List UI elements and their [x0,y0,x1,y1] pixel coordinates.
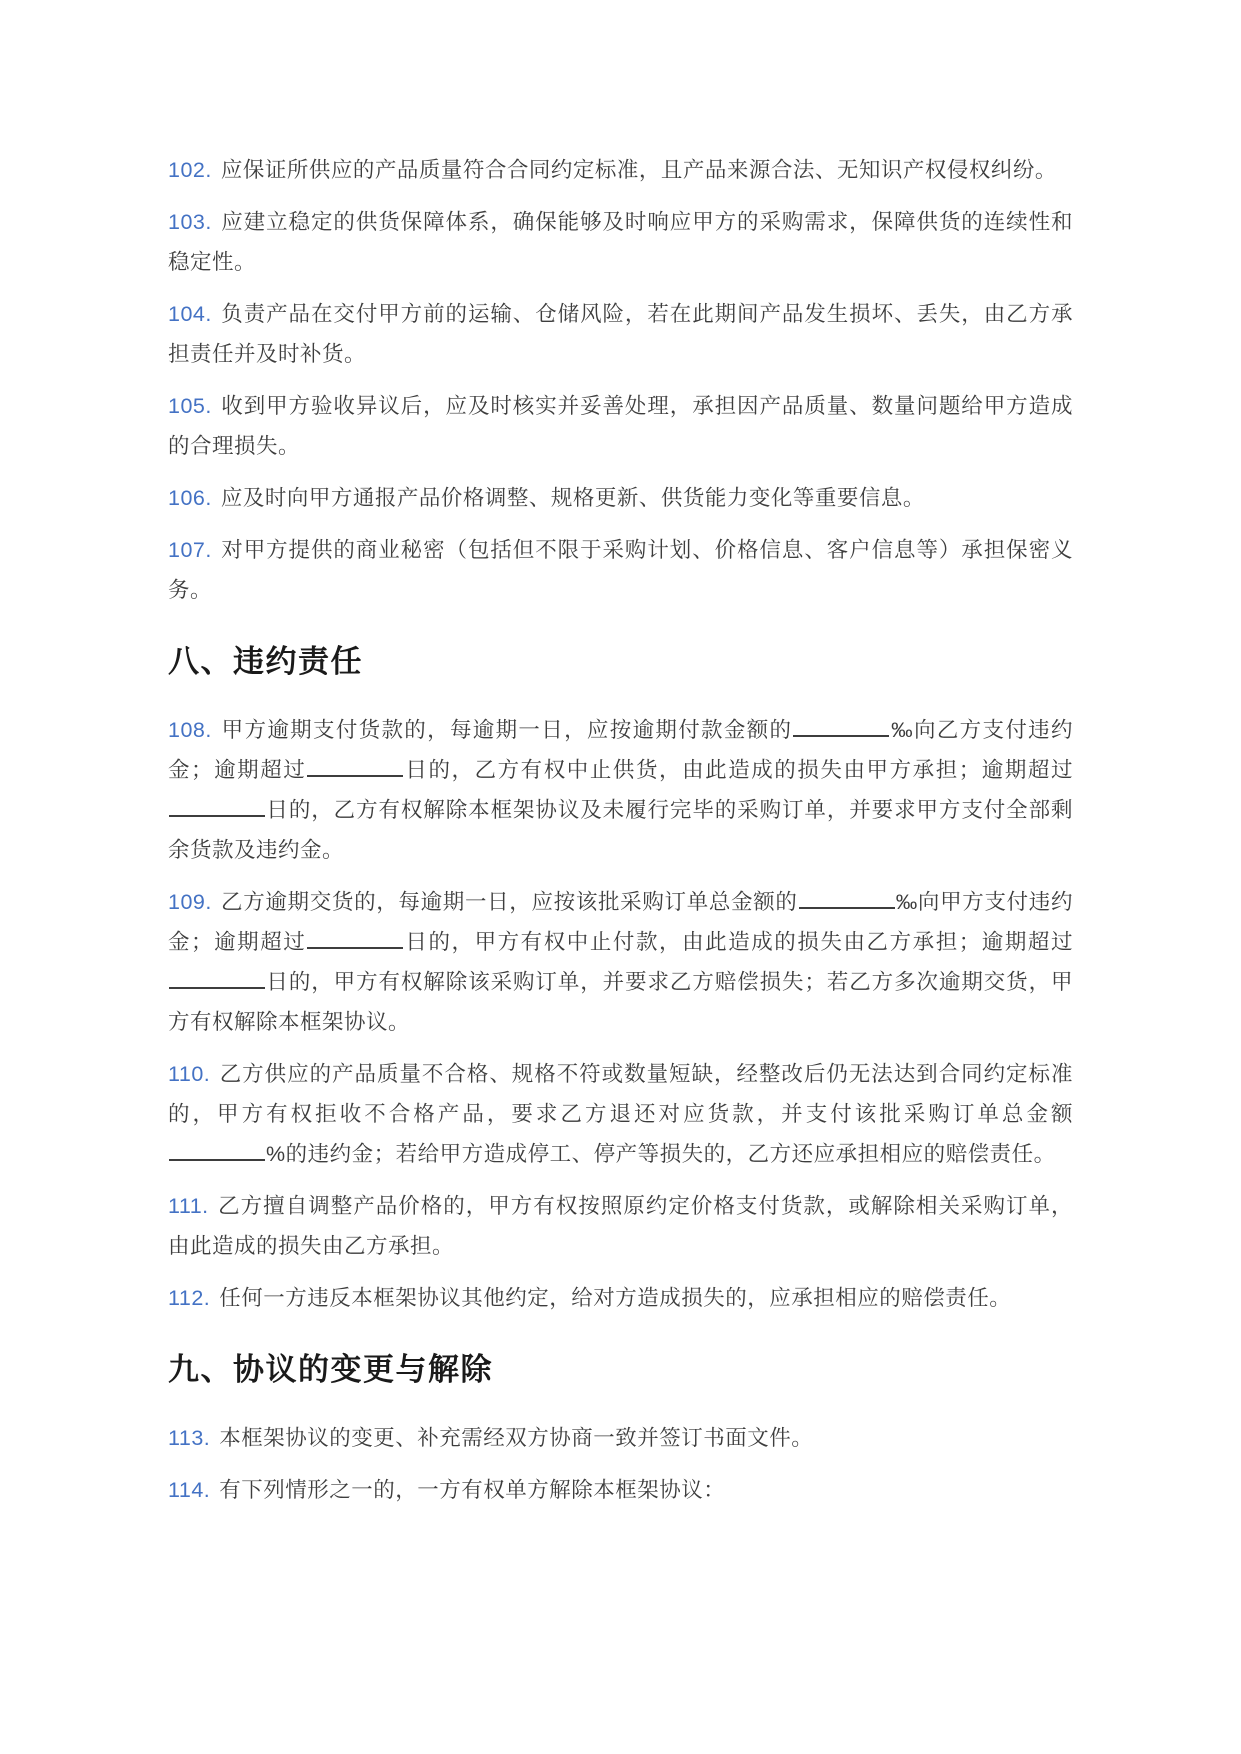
fill-in-blank [307,931,403,949]
section-heading-modification-termination: 九、协议的变更与解除 [168,1348,1073,1392]
clause-text: 本框架协议的变更、补充需经双方协商一致并签订书面文件。 [219,1426,813,1450]
clause-text: 收到甲方验收异议后，应及时核实并妥善处理，承担因产品质量、数量问题给甲方造成的合… [168,394,1073,458]
clause-number: 107. [168,538,212,562]
clause-text: 乙方擅自调整产品价格的，甲方有权按照原约定价格支付货款，或解除相关采购订单，由此… [168,1194,1073,1258]
clause-number: 114. [168,1478,210,1502]
clause-102: 102.应保证所供应的产品质量符合合同约定标准，且产品来源合法、无知识产权侵权纠… [168,150,1073,190]
clause-103: 103.应建立稳定的供货保障体系，确保能够及时响应甲方的采购需求，保障供货的连续… [168,202,1073,282]
clause-114: 114.有下列情形之一的，一方有权单方解除本框架协议： [168,1470,1073,1510]
clause-text: 乙方供应的产品质量不合格、规格不符或数量短缺，经整改后仍无法达到合同约定标准的，… [168,1062,1073,1166]
clause-text: 应及时向甲方通报产品价格调整、规格更新、供货能力变化等重要信息。 [221,486,925,510]
fill-in-blank [169,799,265,817]
clause-110: 110.乙方供应的产品质量不合格、规格不符或数量短缺，经整改后仍无法达到合同约定… [168,1054,1073,1174]
clause-text: 负责产品在交付甲方前的运输、仓储风险，若在此期间产品发生损坏、丢失，由乙方承担责… [168,302,1073,366]
clause-text: 应建立稳定的供货保障体系，确保能够及时响应甲方的采购需求，保障供货的连续性和稳定… [168,210,1073,274]
clause-106: 106.应及时向甲方通报产品价格调整、规格更新、供货能力变化等重要信息。 [168,478,1073,518]
clause-text: 有下列情形之一的，一方有权单方解除本框架协议： [219,1478,725,1502]
breach-liability-clauses: 108.甲方逾期支付货款的，每逾期一日，应按逾期付款金额的‰向乙方支付违约金；逾… [168,710,1073,1318]
clause-text: 应保证所供应的产品质量符合合同约定标准，且产品来源合法、无知识产权侵权纠纷。 [221,158,1057,182]
clause-number: 105. [168,394,212,418]
modification-termination-clauses: 113.本框架协议的变更、补充需经双方协商一致并签订书面文件。 114.有下列情… [168,1418,1073,1510]
clause-107: 107.对甲方提供的商业秘密（包括但不限于采购计划、价格信息、客户信息等）承担保… [168,530,1073,610]
clause-number: 112. [168,1286,210,1310]
clause-113: 113.本框架协议的变更、补充需经双方协商一致并签订书面文件。 [168,1418,1073,1458]
clause-109: 109.乙方逾期交货的，每逾期一日，应按该批采购订单总金额的‰向甲方支付违约金；… [168,882,1073,1042]
fill-in-blank [799,891,895,909]
clause-text: 对甲方提供的商业秘密（包括但不限于采购计划、价格信息、客户信息等）承担保密义务。 [168,538,1073,602]
clause-number: 109. [168,890,212,914]
clause-number: 103. [168,210,212,234]
clause-number: 111. [168,1194,209,1218]
clause-111: 111.乙方擅自调整产品价格的，甲方有权按照原约定价格支付货款，或解除相关采购订… [168,1186,1073,1266]
fill-in-blank [307,759,403,777]
supplier-obligation-clauses: 102.应保证所供应的产品质量符合合同约定标准，且产品来源合法、无知识产权侵权纠… [168,150,1073,610]
clause-108: 108.甲方逾期支付货款的，每逾期一日，应按逾期付款金额的‰向乙方支付违约金；逾… [168,710,1073,870]
clause-104: 104.负责产品在交付甲方前的运输、仓储风险，若在此期间产品发生损坏、丢失，由乙… [168,294,1073,374]
clause-105: 105.收到甲方验收异议后，应及时核实并妥善处理，承担因产品质量、数量问题给甲方… [168,386,1073,466]
clause-number: 104. [168,302,212,326]
clause-text: 乙方逾期交货的，每逾期一日，应按该批采购订单总金额的‰向甲方支付违约金；逾期超过… [168,890,1073,1034]
fill-in-blank [793,719,889,737]
clause-number: 102. [168,158,212,182]
fill-in-blank [169,1143,265,1161]
clause-112: 112.任何一方违反本框架协议其他约定，给对方造成损失的，应承担相应的赔偿责任。 [168,1278,1073,1318]
clause-number: 110. [168,1062,210,1086]
clause-text: 任何一方违反本框架协议其他约定，给对方造成损失的，应承担相应的赔偿责任。 [219,1286,1011,1310]
clause-number: 113. [168,1426,210,1450]
section-heading-breach-liability: 八、违约责任 [168,640,1073,684]
clause-number: 106. [168,486,212,510]
clause-text: 甲方逾期支付货款的，每逾期一日，应按逾期付款金额的‰向乙方支付违约金；逾期超过日… [168,718,1073,862]
fill-in-blank [169,971,265,989]
clause-number: 108. [168,718,212,742]
contract-document-page: 102.应保证所供应的产品质量符合合同约定标准，且产品来源合法、无知识产权侵权纠… [0,0,1241,1754]
